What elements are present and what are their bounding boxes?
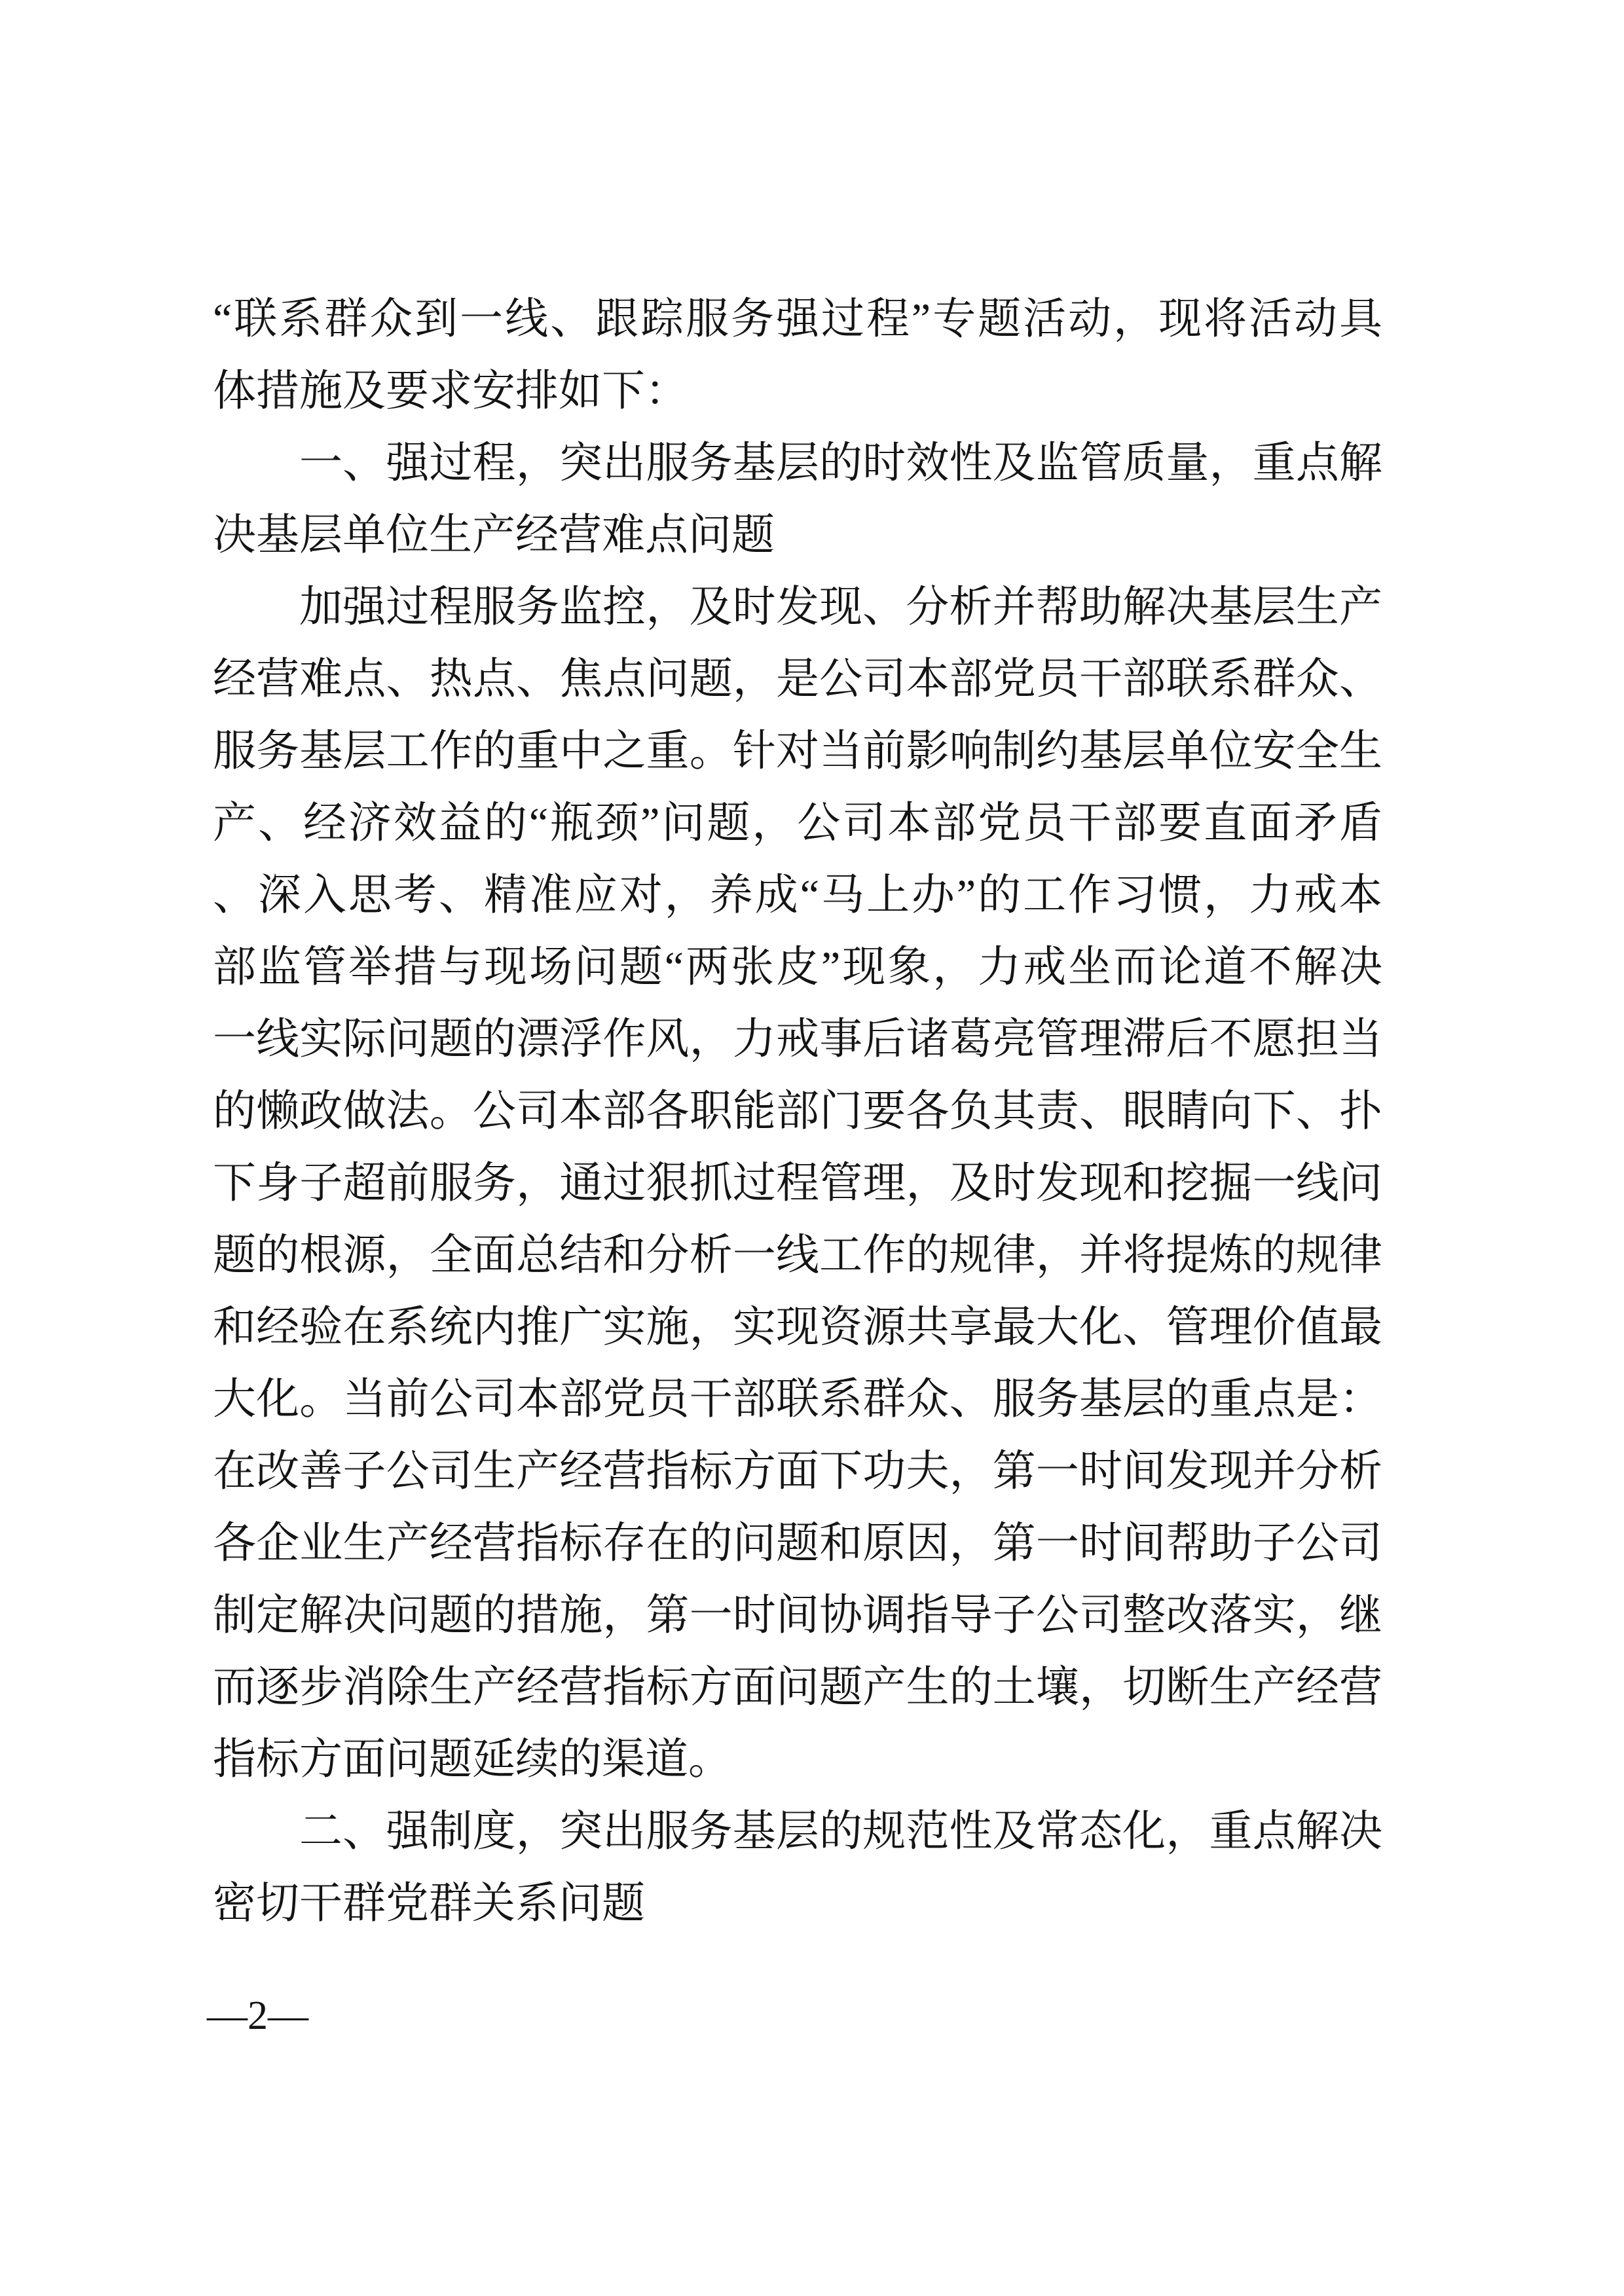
text-line: 密切干群党群关系问题: [213, 1868, 1382, 1940]
text-line: 的懒政做法。公司本部各职能部门要各负其责、眼睛向下、扑: [213, 1076, 1382, 1148]
text-line: 服务基层工作的重中之重。针对当前影响制约基层单位安全生: [213, 716, 1382, 788]
text-line: 指标方面问题延续的渠道。: [213, 1724, 1382, 1796]
page-number: —2—: [207, 1994, 308, 2037]
text-line: “联系群众到一线、跟踪服务强过程”专题活动，现将活动具: [213, 283, 1382, 355]
text-line: 在改善子公司生产经营指标方面下功夫，第一时间发现并分析: [213, 1436, 1382, 1508]
text-line: 产、经济效益的“瓶颈”问题，公司本部党员干部要直面矛盾: [213, 788, 1382, 860]
text-line: 经营难点、热点、焦点问题，是公司本部党员干部联系群众、: [213, 644, 1382, 716]
text-line: 体措施及要求安排如下：: [213, 355, 1382, 428]
text-line: 和经验在系统内推广实施，实现资源共享最大化、管理价值最: [213, 1292, 1382, 1364]
text-line: 而逐步消除生产经营指标方面问题产生的土壤，切断生产经营: [213, 1652, 1382, 1724]
text-line: 、深入思考、精准应对，养成“马上办”的工作习惯，力戒本: [213, 860, 1382, 932]
text-line: 大化。当前公司本部党员干部联系群众、服务基层的重点是：: [213, 1364, 1382, 1436]
text-line: 加强过程服务监控，及时发现、分析并帮助解决基层生产: [213, 572, 1382, 644]
text-line: 部监管举措与现场问题“两张皮”现象，力戒坐而论道不解决: [213, 932, 1382, 1004]
text-line: 一线实际问题的漂浮作风，力戒事后诸葛亮管理滞后不愿担当: [213, 1004, 1382, 1076]
text-line: 题的根源，全面总结和分析一线工作的规律，并将提炼的规律: [213, 1220, 1382, 1292]
text-line: 一、强过程，突出服务基层的时效性及监管质量，重点解: [213, 428, 1382, 500]
document-page: “联系群众到一线、跟踪服务强过程”专题活动，现将活动具体措施及要求安排如下：一、…: [0, 0, 1624, 2296]
text-line: 下身子超前服务，通过狠抓过程管理，及时发现和挖掘一线问: [213, 1148, 1382, 1220]
text-line: 制定解决问题的措施，第一时间协调指导子公司整改落实，继: [213, 1580, 1382, 1652]
text-line: 各企业生产经营指标存在的问题和原因，第一时间帮助子公司: [213, 1508, 1382, 1580]
text-line: 二、强制度，突出服务基层的规范性及常态化，重点解决: [213, 1796, 1382, 1868]
text-line: 决基层单位生产经营难点问题: [213, 500, 1382, 572]
document-body: “联系群众到一线、跟踪服务强过程”专题活动，现将活动具体措施及要求安排如下：一、…: [213, 283, 1382, 1940]
